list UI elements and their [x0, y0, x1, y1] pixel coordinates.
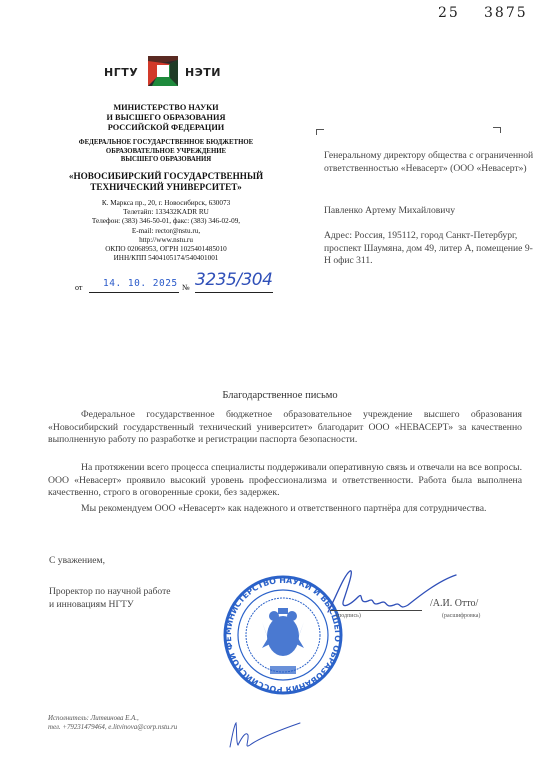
date-underline — [89, 292, 179, 293]
institution-type-line: ОБРАЗОВАТЕЛЬНОЕ УЧРЕЖДЕНИЕ — [58, 148, 274, 157]
institution-type-line: ФЕДЕРАЛЬНОЕ ГОСУДАРСТВЕННОЕ БЮДЖЕТНОЕ — [58, 139, 274, 148]
date-prefix: от — [75, 283, 82, 292]
contact-okpo-ogrn: ОКПО 02068953, ОГРН 1025401485010 — [58, 245, 274, 254]
signer-position: Проректор по научной работе и инновациям… — [49, 586, 171, 611]
signature-line — [330, 610, 422, 611]
logo-text-neti: НЭТИ — [185, 66, 221, 79]
logo-text-ngtu: НГТУ — [104, 66, 138, 79]
institution-type: ФЕДЕРАЛЬНОЕ ГОСУДАРСТВЕННОЕ БЮДЖЕТНОЕ ОБ… — [58, 139, 274, 165]
registration-number-part2: 3875 — [484, 5, 528, 21]
address-corner-left — [316, 129, 324, 135]
letter-paragraph: Мы рекомендуем ООО «Невасерт» как надежн… — [48, 503, 522, 516]
executor-name: Исполнитель: Литвинова Е.А., — [48, 714, 139, 723]
ministry-heading: МИНИСТЕРСТВО НАУКИ И ВЫСШЕГО ОБРАЗОВАНИЯ… — [58, 103, 274, 133]
registration-number-part1: 25 — [438, 5, 460, 21]
ministry-line: МИНИСТЕРСТВО НАУКИ — [58, 103, 274, 113]
ministry-line: И ВЫСШЕГО ОБРАЗОВАНИЯ — [58, 113, 274, 123]
institution-type-line: ВЫСШЕГО ОБРАЗОВАНИЯ — [58, 156, 274, 165]
contact-inn-kpp: ИНН/КПП 5404105174/540401001 — [58, 254, 274, 263]
university-name: «НОВОСИБИРСКИЙ ГОСУДАРСТВЕННЫЙ ТЕХНИЧЕСК… — [58, 171, 274, 192]
executor-contacts: тел. +79231479464, e.litvinova@corp.nstu… — [48, 723, 177, 732]
university-name-line: «НОВОСИБИРСКИЙ ГОСУДАРСТВЕННЫЙ — [58, 171, 274, 182]
signer-position-line: и инновациям НГТУ — [49, 599, 171, 612]
ministry-line: РОССИЙСКОЙ ФЕДЕРАЦИИ — [58, 123, 274, 133]
paragraph-text: Мы рекомендуем ООО «Невасерт» как надежн… — [48, 503, 522, 516]
letter-title: Благодарственное письмо — [0, 390, 560, 401]
outgoing-number: 3235/304 — [195, 270, 272, 290]
university-name-line: ТЕХНИЧЕСКИЙ УНИВЕРСИТЕТ» — [58, 182, 274, 193]
letter-paragraph: Федеральное государственное бюджетное об… — [48, 409, 522, 447]
closing-regards: С уважением, — [49, 555, 105, 568]
number-underline — [195, 292, 273, 293]
address-corner-right — [493, 127, 501, 133]
signer-position-line: Проректор по научной работе — [49, 586, 171, 599]
paragraph-text: Федеральное государственное бюджетное об… — [48, 409, 522, 447]
executor-initials-icon — [222, 717, 302, 753]
addressee-address: Адрес: Россия, 195112, город Санкт-Петер… — [324, 230, 534, 268]
addressee-position: Генеральному директору общества с ограни… — [324, 150, 534, 175]
signature-caption: (подпись) — [336, 613, 361, 619]
paragraph-text: На протяжении всего процесса специалисты… — [48, 462, 522, 500]
contact-teletype: Телетайп: 133432KADR RU — [58, 208, 274, 217]
contact-email: E-mail: rector@nstu.ru, — [58, 227, 274, 236]
contact-address: К. Маркса пр., 20, г. Новосибирск, 63007… — [58, 199, 274, 208]
letter-paragraph: На протяжении всего процесса специалисты… — [48, 462, 522, 500]
addressee-name: Павленко Артему Михайловичу — [324, 205, 534, 218]
number-prefix: № — [182, 283, 190, 292]
outgoing-date-number: от 14. 10. 2025 № 3235/304 — [75, 276, 275, 296]
contact-website: http://www.nstu.ru — [58, 236, 274, 245]
university-logo-icon — [148, 56, 178, 86]
signer-name: /А.И. Отто/ — [430, 598, 478, 609]
contact-phone: Телефон: (383) 346-50-01, факс: (383) 34… — [58, 217, 274, 226]
decode-caption: (расшифровка) — [442, 613, 480, 619]
sender-contacts: К. Маркса пр., 20, г. Новосибирск, 63007… — [58, 199, 274, 263]
outgoing-date: 14. 10. 2025 — [103, 278, 178, 289]
